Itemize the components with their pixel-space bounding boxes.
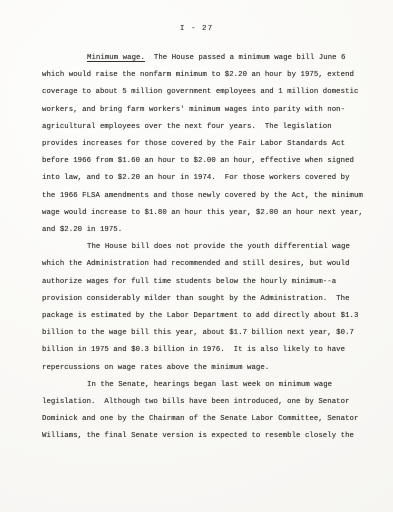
underlined-heading: Minimum wage.: [87, 54, 145, 62]
text-line: before 1966 from $1.60 an hour to $2.00 …: [42, 153, 360, 170]
text-line: which the Administration had recommended…: [42, 256, 360, 273]
text-line: provides increases for those covered by …: [42, 136, 360, 153]
text-line: repercussions on wage rates above the mi…: [42, 360, 360, 377]
text-line: workers, and bring farm workers' minimum…: [42, 102, 360, 119]
text-line: agricultural employees over the next fou…: [42, 119, 360, 136]
page-number: I - 27: [0, 25, 393, 33]
text-line: billion in 1975 and $0.3 billion in 1976…: [42, 342, 360, 359]
text-line: provision considerably milder than sough…: [42, 291, 360, 308]
document-body: Minimum wage. The House passed a minimum…: [42, 50, 360, 446]
text-line: The House bill does not provide the yout…: [42, 239, 360, 256]
text-line: package is estimated by the Labor Depart…: [42, 308, 360, 325]
text-line: Williams, the final Senate version is ex…: [42, 428, 360, 445]
text-line: and $2.20 in 1975.: [42, 222, 360, 239]
text-line: into law, and to $2.20 an hour in 1974. …: [42, 170, 360, 187]
text-line: Dominick and one by the Chairman of the …: [42, 411, 360, 428]
text-line: In the Senate, hearings began last week …: [42, 377, 360, 394]
text-line: the 1966 FLSA amendments and those newly…: [42, 188, 360, 205]
text-line: billion to the wage bill this year, abou…: [42, 325, 360, 342]
text-line: authorize wages for full time students b…: [42, 274, 360, 291]
text-line: coverage to about 5 million government e…: [42, 84, 360, 101]
text-line: which would raise the nonfarm minimum to…: [42, 67, 360, 84]
document-page: I - 27 Minimum wage. The House passed a …: [0, 0, 393, 512]
text-line: Minimum wage. The House passed a minimum…: [42, 50, 360, 67]
text-line: legislation. Although two bills have bee…: [42, 394, 360, 411]
text-line: wage would increase to $1.80 an hour thi…: [42, 205, 360, 222]
